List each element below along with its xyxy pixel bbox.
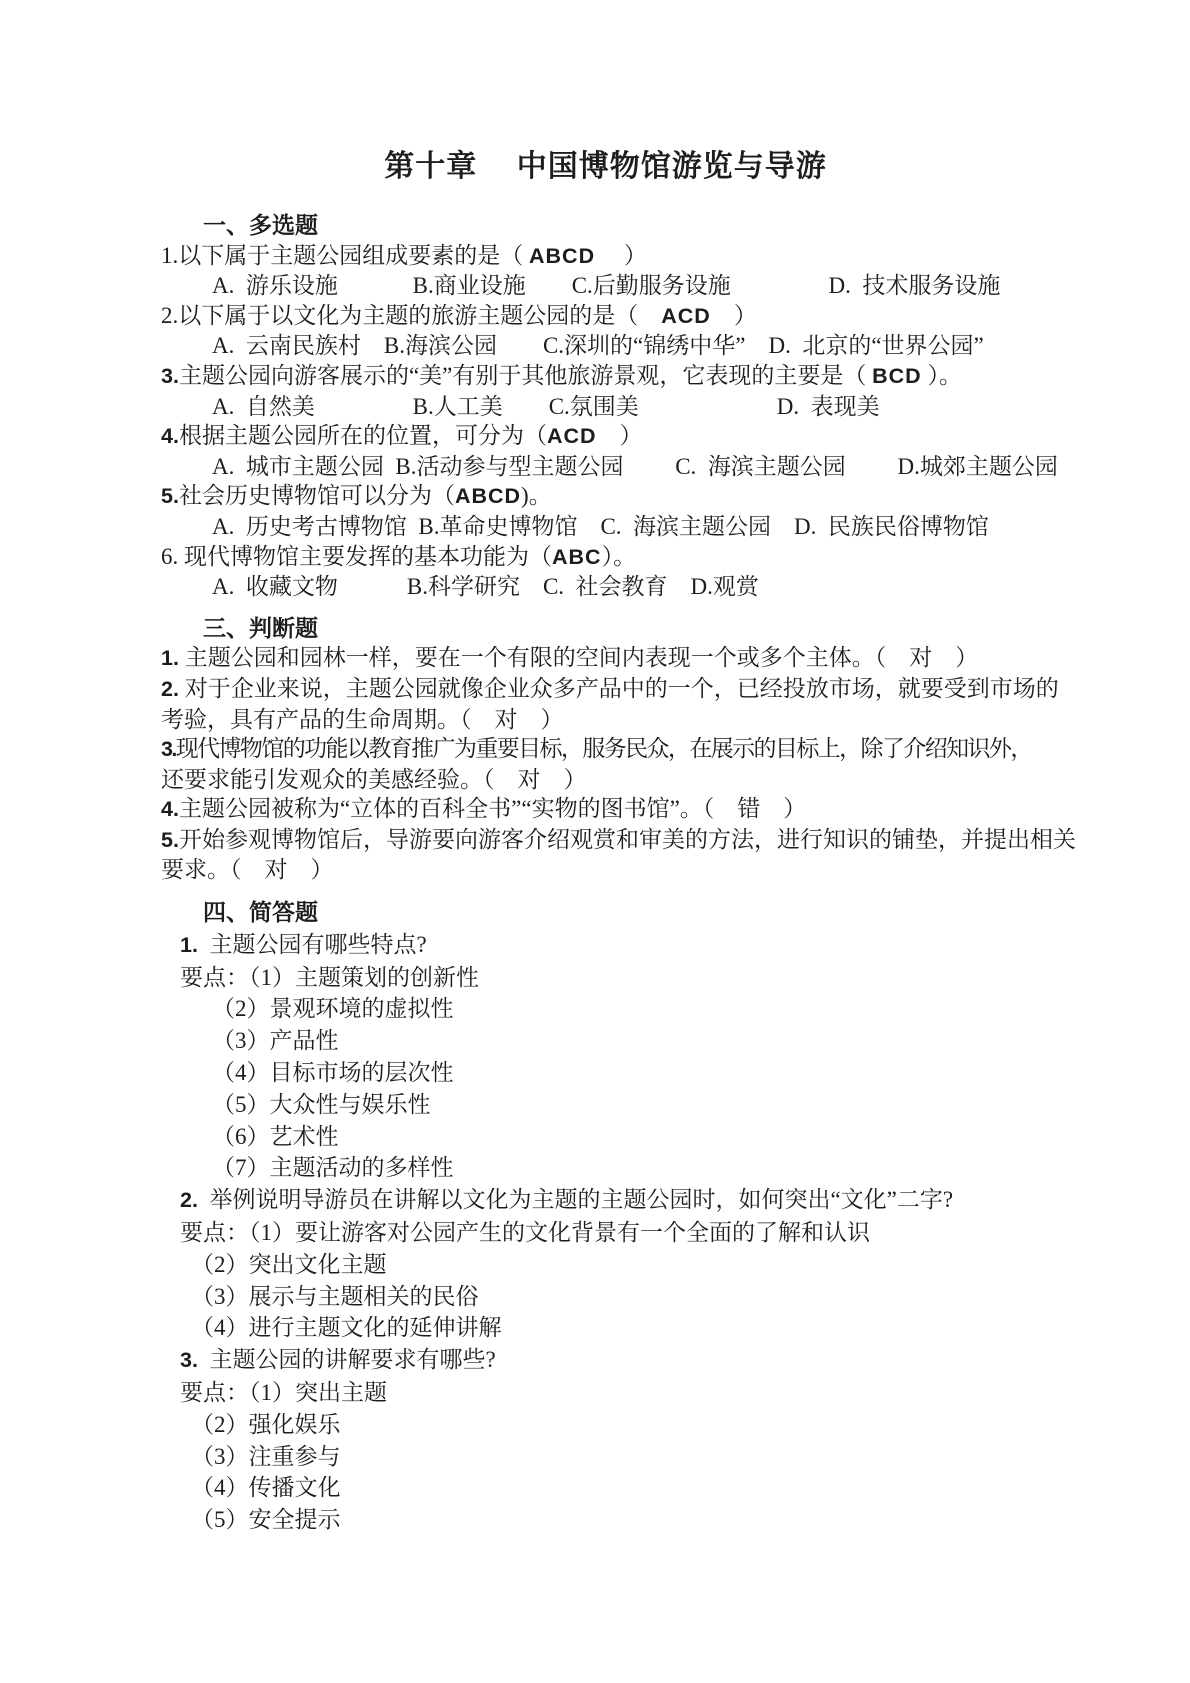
options-line: A. 云南民族村 B.海滨公园 C.深圳的“锦绣中华” D. 北京的“世界公园” — [212, 331, 1050, 361]
question-continuation-line: 还要求能引发观众的美感经验。（ 对 ） — [161, 765, 1050, 795]
question-continuation-line: 考验，具有产品的生命周期。（ 对 ） — [161, 705, 1050, 735]
question-line: 4.根据主题公园所在的位置，可分为（ACD ） — [161, 421, 1050, 452]
options-line: A. 城市主题公园 B.活动参与型主题公园 C. 海滨主题公园 D.城郊主题公园 — [212, 452, 1050, 482]
answer-point-line: （7）主题活动的多样性 — [212, 1152, 1050, 1184]
answer-point-line: （3）注重参与 — [191, 1441, 1050, 1473]
answer-point-line: 要点：（1）主题策划的创新性 — [180, 962, 1050, 994]
question-line: 5.社会历史博物馆可以分为（ABCD)。 — [161, 481, 1050, 512]
question-continuation-line: 要求。（ 对 ） — [161, 855, 1050, 885]
question-number: 5. — [161, 484, 179, 508]
section-heading: 三、判断题 — [203, 614, 1050, 644]
section-short-answer: 四、简答题1. 主题公园有哪些特点?要点：（1）主题策划的创新性（2）景观环境的… — [161, 897, 1050, 1536]
document-title: 第十章 中国博物馆游览与导游 — [161, 150, 1050, 184]
question-number: 1. — [180, 933, 198, 957]
answer-point-line: （5）大众性与娱乐性 — [212, 1089, 1050, 1121]
answer-point-line: （4）目标市场的层次性 — [212, 1057, 1050, 1089]
question-number: 4. — [161, 797, 179, 821]
question-line: 2. 对于企业来说，主题公园就像企业众多产品中的一个，已经投放市场，就要受到市场… — [161, 674, 1050, 705]
question-line: 1.以下属于主题公园组成要素的是（ ABCD ） — [161, 241, 1050, 272]
answer-point-line: 要点：（1）要让游客对公园产生的文化背景有一个全面的了解和认识 — [180, 1217, 1050, 1249]
answer-point-line: （3）产品性 — [212, 1025, 1050, 1057]
options-line: A. 游乐设施 B.商业设施 C.后勤服务设施 D. 技术服务设施 — [212, 271, 1050, 301]
question-line: 1. 主题公园和园林一样，要在一个有限的空间内表现一个或多个主体。（ 对 ） — [161, 643, 1050, 674]
answer-point-line: （4）传播文化 — [191, 1472, 1050, 1504]
question-line: 3. 主题公园的讲解要求有哪些? — [180, 1344, 1050, 1377]
answer-text: BCD — [872, 364, 922, 388]
question-number: 4. — [161, 424, 179, 448]
section-true-false: 三、判断题1. 主题公园和园林一样，要在一个有限的空间内表现一个或多个主体。（ … — [161, 614, 1050, 885]
answer-point-line: 要点：（1）突出主题 — [180, 1377, 1050, 1409]
options-line: A. 收藏文物 B.科学研究 C. 社会教育 D.观赏 — [212, 572, 1050, 602]
answer-point-line: （4）进行主题文化的延伸讲解 — [191, 1312, 1050, 1344]
answer-text: ABCD — [529, 244, 595, 268]
options-line: A. 自然美 B.人工美 C.氛围美 D. 表现美 — [212, 392, 1050, 422]
answer-point-line: （2）景观环境的虚拟性 — [212, 993, 1050, 1025]
section-heading: 一、多选题 — [203, 211, 1050, 241]
question-line: 4.主题公园被称为“立体的百科全书”“实物的图书馆”。（ 错 ） — [161, 794, 1050, 825]
question-line: 3.现代博物馆的功能以教育推广为重要目标，服务民众，在展示的目标上，除了介绍知识… — [161, 734, 1050, 765]
answer-point-line: （3）展示与主题相关的民俗 — [191, 1281, 1050, 1313]
question-number: 2. — [180, 1188, 198, 1212]
options-line: A. 历史考古博物馆 B.革命史博物馆 C. 海滨主题公园 D. 民族民俗博物馆 — [212, 512, 1050, 542]
answer-point-line: （2）强化娱乐 — [191, 1409, 1050, 1441]
question-number: 1. — [161, 646, 179, 670]
answer-point-line: （6）艺术性 — [212, 1121, 1050, 1153]
question-number: 3. — [180, 1348, 198, 1372]
sections: 一、多选题1.以下属于主题公园组成要素的是（ ABCD ）A. 游乐设施 B.商… — [161, 211, 1050, 1536]
section-multiple-choice: 一、多选题1.以下属于主题公园组成要素的是（ ABCD ）A. 游乐设施 B.商… — [161, 211, 1050, 602]
answer-text: ABCD — [455, 484, 521, 508]
question-line: 3.主题公园向游客展示的“美”有别于其他旅游景观，它表现的主要是（ BCD ）。 — [161, 361, 1050, 392]
question-line: 2.以下属于以文化为主题的旅游主题公园的是（ ACD ） — [161, 301, 1050, 332]
answer-text: ACD — [661, 304, 711, 328]
answer-point-line: （2）突出文化主题 — [191, 1249, 1050, 1281]
answer-text: ABC — [552, 545, 602, 569]
question-line: 2. 举例说明导游员在讲解以文化为主题的主题公园时，如何突出“文化”二字? — [180, 1184, 1050, 1217]
section-heading: 四、简答题 — [203, 897, 1050, 929]
answer-point-line: （5）安全提示 — [191, 1504, 1050, 1536]
question-line: 5.开始参观博物馆后，导游要向游客介绍观赏和审美的方法，进行知识的铺垫，并提出相… — [161, 825, 1050, 856]
question-number: 3. — [161, 737, 176, 761]
answer-text: ACD — [547, 424, 597, 448]
question-number: 2. — [161, 677, 179, 701]
question-line: 6. 现代博物馆主要发挥的基本功能为（ABC）。 — [161, 542, 1050, 573]
question-number: 5. — [161, 828, 179, 852]
question-line: 1. 主题公园有哪些特点? — [180, 929, 1050, 962]
question-number: 3. — [161, 364, 179, 388]
document-page: 第十章 中国博物馆游览与导游 一、多选题1.以下属于主题公园组成要素的是（ AB… — [0, 0, 1190, 1683]
